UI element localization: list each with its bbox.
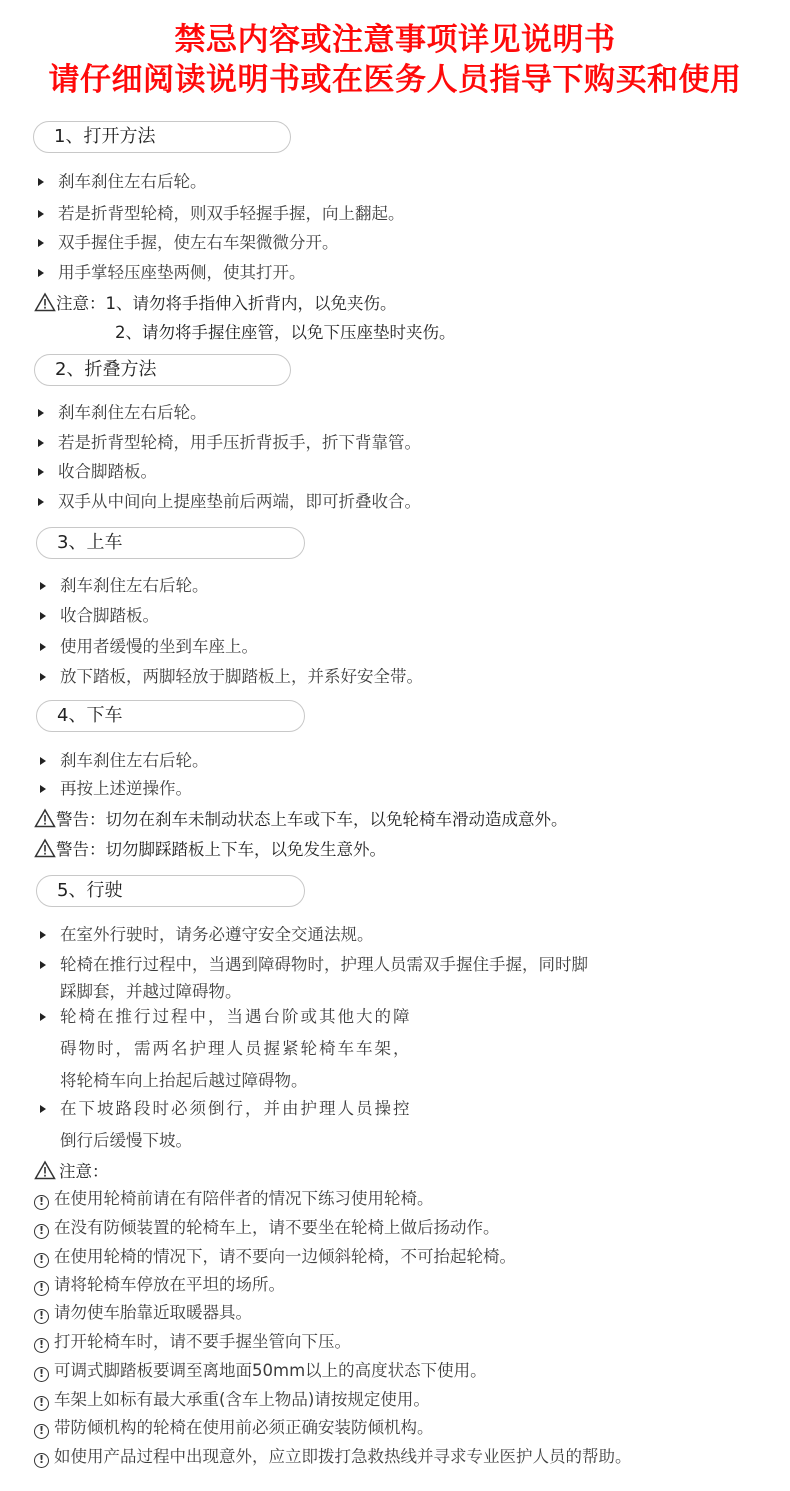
- section-heading-board: 3、上车: [36, 527, 305, 559]
- caution-heading: 注意：: [34, 1160, 109, 1183]
- warning-icon: [34, 838, 56, 858]
- warning-text: 警告：切勿在刹车未制动状态上车或下车，以免轮椅车滑动造成意外。: [56, 810, 568, 829]
- list-item: 使用者缓慢的坐到车座上。: [60, 636, 258, 658]
- warning-text: 警告：切勿脚踩踏板上下车，以免发生意外。: [56, 840, 386, 859]
- bullet-icon: [40, 1105, 46, 1113]
- caution-item: !可调式脚踏板要调至离地面50mm以上的高度状态下使用。: [34, 1360, 487, 1382]
- caution-item: !带防倾机构的轮椅在使用前必须正确安装防倾机构。: [34, 1417, 434, 1439]
- list-item-continued: 倒行后缓慢下坡。: [60, 1130, 192, 1152]
- caution-text: 请勿使车胎靠近取暖器具。: [54, 1303, 252, 1322]
- list-item: 收合脚踏板。: [58, 461, 157, 483]
- list-item: 用手掌轻压座垫两侧，使其打开。: [58, 262, 306, 284]
- title-line-2: 请仔细阅读说明书或在医务人员指导下购买和使用: [0, 62, 790, 98]
- exclamation-circle-icon: !: [34, 1281, 49, 1296]
- warning-row: 警告：切勿在刹车未制动状态上车或下车，以免轮椅车滑动造成意外。: [34, 808, 568, 831]
- caution-item: !打开轮椅车时，请不要手握坐管向下压。: [34, 1331, 351, 1353]
- list-item: 刹车刹住左右后轮。: [58, 171, 207, 193]
- bullet-icon: [38, 409, 44, 417]
- bullet-icon: [38, 468, 44, 476]
- list-item: 再按上述逆操作。: [60, 778, 192, 800]
- exclamation-circle-icon: !: [34, 1453, 49, 1468]
- section-heading-label: 2、折叠方法: [55, 358, 156, 382]
- note-row: 注意：1、请勿将手指伸入折背内，以免夹伤。: [34, 292, 397, 315]
- bullet-icon: [38, 439, 44, 447]
- caution-text: 请将轮椅车停放在平坦的场所。: [54, 1275, 285, 1294]
- exclamation-circle-icon: !: [34, 1253, 49, 1268]
- bullet-icon: [40, 582, 46, 590]
- exclamation-circle-icon: !: [34, 1424, 49, 1439]
- exclamation-circle-icon: !: [34, 1195, 49, 1210]
- bullet-icon: [38, 498, 44, 506]
- bullet-icon: [40, 931, 46, 939]
- title-line-1: 禁忌内容或注意事项详见说明书: [0, 22, 790, 58]
- warning-icon: [34, 1160, 56, 1180]
- exclamation-circle-icon: !: [34, 1396, 49, 1411]
- caution-text: 在使用轮椅的情况下，请不要向一边倾斜轮椅，不可抬起轮椅。: [54, 1247, 516, 1266]
- caution-label: 注意：: [59, 1162, 109, 1181]
- list-item: 双手握住手握，使左右车架微微分开。: [58, 232, 339, 254]
- bullet-icon: [38, 178, 44, 186]
- caution-item: !在使用轮椅的情况下，请不要向一边倾斜轮椅，不可抬起轮椅。: [34, 1246, 516, 1268]
- warning-icon: [34, 292, 56, 312]
- bullet-icon: [38, 239, 44, 247]
- warning-row: 警告：切勿脚踩踏板上下车，以免发生意外。: [34, 838, 386, 861]
- section-heading-label: 4、下车: [57, 704, 122, 728]
- exclamation-circle-icon: !: [34, 1224, 49, 1239]
- caution-item: !在没有防倾装置的轮椅车上，请不要坐在轮椅上做后扬动作。: [34, 1217, 500, 1239]
- note-label: 注意：: [56, 294, 106, 313]
- caution-item: !车架上如标有最大承重(含车上物品)请按规定使用。: [34, 1389, 430, 1411]
- section-heading-alight: 4、下车: [36, 700, 305, 732]
- note-text: 2、请勿将手握住座管，以免下压座垫时夹伤。: [115, 322, 456, 344]
- list-item: 收合脚踏板。: [60, 605, 159, 627]
- list-item: 轮椅在推行过程中，当遇台阶或其他大的障: [60, 1006, 412, 1028]
- list-item: 若是折背型轮椅，用手压折背扳手，折下背靠管。: [58, 432, 421, 454]
- bullet-icon: [40, 961, 46, 969]
- bullet-icon: [38, 210, 44, 218]
- caution-text: 在没有防倾装置的轮椅车上，请不要坐在轮椅上做后扬动作。: [54, 1218, 500, 1237]
- list-item-continued: 碍物时，需两名护理人员握紧轮椅车车架，: [60, 1038, 412, 1060]
- exclamation-circle-icon: !: [34, 1367, 49, 1382]
- exclamation-circle-icon: !: [34, 1338, 49, 1353]
- caution-text: 带防倾机构的轮椅在使用前必须正确安装防倾机构。: [54, 1418, 434, 1437]
- list-item: 在下坡路段时必须倒行，并由护理人员操控: [60, 1098, 412, 1120]
- caution-item: !请将轮椅车停放在平坦的场所。: [34, 1274, 285, 1296]
- warning-icon: [34, 808, 56, 828]
- list-item: 刹车刹住左右后轮。: [58, 402, 207, 424]
- bullet-icon: [40, 612, 46, 620]
- caution-item: !请勿使车胎靠近取暖器具。: [34, 1302, 252, 1324]
- section-heading-driving: 5、行驶: [36, 875, 305, 907]
- list-item-continued: 将轮椅车向上抬起后越过障碍物。: [60, 1070, 308, 1092]
- caution-item: !在使用轮椅前请在有陪伴者的情况下练习使用轮椅。: [34, 1188, 434, 1210]
- list-item: 若是折背型轮椅，则双手轻握手握，向上翻起。: [58, 203, 405, 225]
- caution-text: 车架上如标有最大承重(含车上物品)请按规定使用。: [54, 1390, 430, 1409]
- list-item-continued: 踩脚套，并越过障碍物。: [60, 981, 242, 1003]
- section-heading-open: 1、打开方法: [33, 121, 291, 153]
- list-item: 放下踏板，两脚轻放于脚踏板上，并系好安全带。: [60, 666, 423, 688]
- bullet-icon: [40, 673, 46, 681]
- bullet-icon: [40, 757, 46, 765]
- caution-text: 打开轮椅车时，请不要手握坐管向下压。: [54, 1332, 351, 1351]
- list-item: 在室外行驶时，请务必遵守安全交通法规。: [60, 924, 374, 946]
- section-heading-fold: 2、折叠方法: [34, 354, 291, 386]
- bullet-icon: [40, 643, 46, 651]
- section-heading-label: 5、行驶: [57, 879, 122, 903]
- caution-text: 在使用轮椅前请在有陪伴者的情况下练习使用轮椅。: [54, 1189, 434, 1208]
- section-heading-label: 1、打开方法: [54, 125, 155, 149]
- caution-text: 如使用产品过程中出现意外，应立即拨打急救热线并寻求专业医护人员的帮助。: [54, 1447, 632, 1466]
- caution-item: !如使用产品过程中出现意外，应立即拨打急救热线并寻求专业医护人员的帮助。: [34, 1446, 632, 1468]
- list-item: 刹车刹住左右后轮。: [60, 750, 209, 772]
- bullet-icon: [38, 269, 44, 277]
- exclamation-circle-icon: !: [34, 1309, 49, 1324]
- bullet-icon: [40, 785, 46, 793]
- section-heading-label: 3、上车: [57, 531, 122, 555]
- bullet-icon: [40, 1013, 46, 1021]
- list-item: 双手从中间向上提座垫前后两端，即可折叠收合。: [58, 491, 421, 513]
- caution-text: 可调式脚踏板要调至离地面50mm以上的高度状态下使用。: [54, 1361, 487, 1380]
- note-text: 1、请勿将手指伸入折背内，以免夹伤。: [106, 294, 397, 313]
- list-item: 刹车刹住左右后轮。: [60, 575, 209, 597]
- list-item: 轮椅在推行过程中，当遇到障碍物时，护理人员需双手握住手握，同时脚: [60, 954, 588, 976]
